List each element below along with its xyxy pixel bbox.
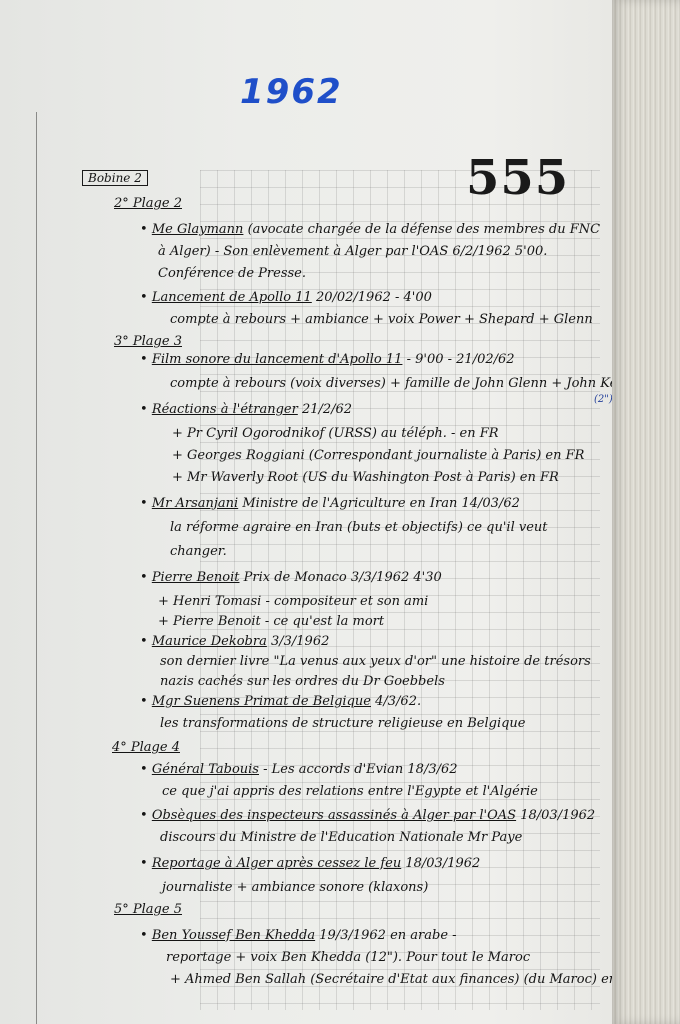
- entry-line: la réforme agraire en Iran (buts et obje…: [170, 520, 548, 535]
- entry-line: reportage + voix Ben Khedda (12"). Pour …: [166, 950, 530, 965]
- entry-title: Mr Arsanjani: [152, 496, 238, 511]
- entry-line: + Pr Cyril Ogorodnikof (URSS) au téléph.…: [172, 426, 499, 441]
- entry-line: • Lancement de Apollo 11 20/02/1962 - 4'…: [140, 290, 432, 305]
- entry-line: nazis cachés sur les ordres du Dr Goebbe…: [160, 674, 445, 689]
- entry-title: Maurice Dekobra: [152, 634, 267, 649]
- entry-line: compte à rebours + ambiance + voix Power…: [170, 312, 593, 327]
- entry-line: • Mgr Suenens Primat de Belgique 4/3/62.: [140, 694, 421, 709]
- ledger-page: 1962 555 Bobine 2 2° Plage 2 • Me Glayma…: [0, 0, 612, 1024]
- entry-line: son dernier livre "La venus aux yeux d'o…: [160, 654, 591, 669]
- entry-line: Conférence de Presse.: [158, 266, 306, 281]
- entry-title: Film sonore du lancement d'Apollo 11: [152, 352, 403, 367]
- entry-line: • Pierre Benoit Prix de Monaco 3/3/1962 …: [140, 570, 442, 585]
- entry-line: • Réactions à l'étranger 21/2/62: [140, 402, 352, 417]
- entry-title: Lancement de Apollo 11: [152, 290, 312, 305]
- entry-title: Mgr Suenens Primat de Belgique: [152, 694, 371, 709]
- margin-line: [36, 112, 37, 1024]
- entry-line: + Ahmed Ben Sallah (Secrétaire d'Etat au…: [170, 972, 671, 987]
- entry-title: Réactions à l'étranger: [152, 402, 298, 417]
- entry-title: Me Glaymann: [152, 222, 244, 237]
- entry-line: • Ben Youssef Ben Khedda 19/3/1962 en ar…: [140, 928, 457, 943]
- entry-line: + Georges Roggiani (Correspondant journa…: [172, 448, 584, 463]
- entry-line: • Maurice Dekobra 3/3/1962: [140, 634, 329, 649]
- entry-title: Reportage à Alger après cessez le feu: [152, 856, 401, 871]
- section-heading: 5° Plage 5: [114, 902, 182, 917]
- entry-line: les transformations de structure religie…: [160, 716, 526, 731]
- entry-note: (2"): [594, 394, 613, 405]
- entry-line: + Pierre Benoit - ce qu'est la mort: [158, 614, 384, 629]
- reel-label: Bobine 2: [82, 170, 148, 186]
- book-page-edges: [612, 0, 680, 1024]
- entry-line: • Me Glaymann (avocate chargée de la déf…: [140, 222, 600, 237]
- entry-title: Ben Youssef Ben Khedda: [152, 928, 315, 943]
- entry-line: + Henri Tomasi - compositeur et son ami: [158, 594, 428, 609]
- entry-line: discours du Ministre de l'Education Nati…: [160, 830, 522, 845]
- page-number-stamp: 555: [466, 150, 569, 206]
- entry-line: • Film sonore du lancement d'Apollo 11 -…: [140, 352, 515, 367]
- entry-line: + Mr Waverly Root (US du Washington Post…: [172, 470, 559, 485]
- entry-title: Obsèques des inspecteurs assassinés à Al…: [152, 808, 516, 823]
- year-heading: 1962: [240, 72, 343, 112]
- entry-line: • Général Tabouis - Les accords d'Evian …: [140, 762, 458, 777]
- entry-line: • Mr Arsanjani Ministre de l'Agriculture…: [140, 496, 520, 511]
- section-heading: 2° Plage 2: [114, 196, 182, 211]
- entry-line: journaliste + ambiance sonore (klaxons): [162, 880, 428, 895]
- entry-title: Général Tabouis: [152, 762, 259, 777]
- entry-line: • Obsèques des inspecteurs assassinés à …: [140, 808, 595, 823]
- entry-line: changer.: [170, 544, 227, 559]
- section-heading: 4° Plage 4: [112, 740, 180, 755]
- entry-title: Pierre Benoit: [152, 570, 240, 585]
- entry-line: • Reportage à Alger après cessez le feu …: [140, 856, 480, 871]
- entry-line: compte à rebours (voix diverses) + famil…: [170, 376, 657, 391]
- entry-line: ce que j'ai appris des relations entre l…: [162, 784, 538, 799]
- entry-line: à Alger) - Son enlèvement à Alger par l'…: [158, 244, 547, 259]
- section-heading: 3° Plage 3: [114, 334, 182, 349]
